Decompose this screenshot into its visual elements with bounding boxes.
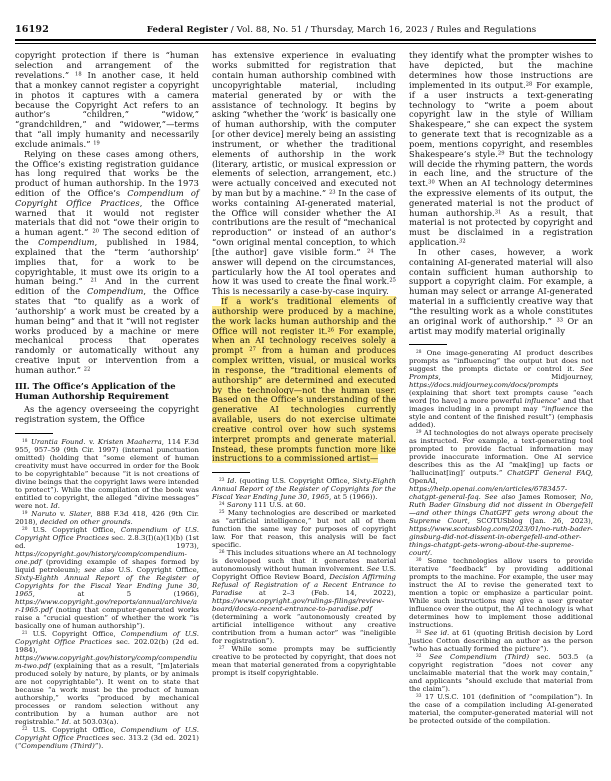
text-run: from a human and produces complex writte… <box>212 345 396 463</box>
text-run: In other cases, however, a work containi… <box>409 247 593 326</box>
paragraph: As the agency overseeing the copyright r… <box>15 405 199 425</box>
italic-text-run: Naruto <box>31 510 56 518</box>
federal-register-page: 16192 Federal Register / Vol. 88, No. 51… <box>0 0 611 781</box>
paragraph: they identify what the prompter wishes t… <box>409 51 593 248</box>
text-run: has extensive experience in evaluating w… <box>212 50 396 198</box>
italic-text-run: Id. <box>51 502 60 510</box>
text-run: v. <box>86 438 98 446</box>
text-run: In the case of works containing AI-gener… <box>212 188 396 257</box>
footnote-reference: 18 <box>75 71 82 77</box>
text-run: James Romoser, <box>515 493 580 501</box>
italic-text-run: See <box>367 565 380 573</box>
text-run: (determining a work “autonomously create… <box>212 613 396 645</box>
text-run: , the Office states that “to qualify as … <box>15 286 199 375</box>
footnote: 29 AI technologies do not always operate… <box>409 429 593 557</box>
italic-text-run: Compendium (Third) <box>21 742 95 750</box>
italic-text-run: Kristen Maaherra <box>98 438 162 446</box>
italic-text-run: Slater <box>69 510 90 518</box>
footnote-separator <box>212 472 250 473</box>
column-2: has extensive experience in evaluating w… <box>212 51 396 749</box>
text-run: As the agency overseeing the copyright r… <box>15 404 199 424</box>
footnote-reference: 23 <box>219 478 225 483</box>
italic-text-run: influence <box>545 405 578 413</box>
footnote: 25 Many technologies are described or ma… <box>212 509 396 549</box>
italic-text-run: Id. <box>62 718 71 726</box>
text-run: v. <box>56 510 69 518</box>
text-run: 17 U.S.C. 101 (definition of “compilatio… <box>409 693 593 725</box>
masthead-title: Federal Register <box>147 25 228 35</box>
highlight-mark: If a work’s traditional elements of auth… <box>212 296 396 463</box>
italic-text-run: See id. <box>424 629 449 637</box>
text-run: OpenAI, <box>409 477 438 485</box>
paragraph: has extensive experience in evaluating w… <box>212 51 396 297</box>
footnote: 21 U.S. Copyright Office, Compendium of … <box>15 630 199 726</box>
footnote: 22 U.S. Copyright Office, Compendium of … <box>15 726 199 750</box>
italic-text-run: Urantia Found. <box>31 438 86 446</box>
header-rule-thin <box>15 43 596 44</box>
text-run: , 114 F.3d 955, 957–59 (9th Cir. 1997) (… <box>15 438 199 510</box>
footnote-reference: 24 <box>219 502 225 507</box>
footnote: 20 U.S. Copyright Office, Compendium of … <box>15 526 199 630</box>
text-run: While some prompts may be sufficiently c… <box>212 645 396 677</box>
italic-text-run: decided on other grounds. <box>40 518 133 526</box>
masthead-issue-info: / Vol. 88, No. 51 / Thursday, March 16, … <box>228 25 536 35</box>
paragraph: copyright protection if there is “human … <box>15 51 199 149</box>
italic-text-run: See Compendium (Third) <box>429 653 529 661</box>
footnote: 26 This includes situations where an AI … <box>212 549 396 645</box>
text-run: This is necessarily a case-by-case inqui… <box>212 286 389 296</box>
italic-text-run: see also <box>84 566 114 574</box>
text-run: In another case, it held that a monkey c… <box>15 70 199 149</box>
footnote-reference: 24 <box>367 248 374 254</box>
footnote: 28 One image-generating AI product descr… <box>409 349 593 429</box>
highlighted-paragraph: If a work’s traditional elements of auth… <box>212 297 396 464</box>
italic-text-run: https://www.scotusblog.com/2023/01/no-ru… <box>409 525 593 557</box>
footnote-reference: 18 <box>22 438 28 443</box>
text-run: U.S. Copyright Office, <box>28 526 121 534</box>
italic-text-run: https://www.copyright.gov/rulings-filing… <box>212 597 384 613</box>
italic-text-run: Compendium <box>87 286 143 296</box>
footnote: 18 Urantia Found. v. Kristen Maaherra, 1… <box>15 438 199 510</box>
text-run: U.S. Copyright Office, <box>114 566 199 574</box>
text-columns: copyright protection if there is “human … <box>15 51 596 749</box>
italic-text-run: Sarony <box>227 501 252 509</box>
text-run: (explaining that as a result, “[m]ateria… <box>15 662 199 726</box>
text-run: U.S. Copyright Office, <box>28 630 121 638</box>
paragraph: In other cases, however, a work containi… <box>409 248 593 336</box>
text-run: 111 U.S. at 60. <box>252 501 306 509</box>
footnotes: 18 Urantia Found. v. Kristen Maaherra, 1… <box>15 438 199 750</box>
footnote: 30 Some technologies allow users to prov… <box>409 557 593 629</box>
section-heading: III. The Office’s Application of the Hum… <box>15 381 199 401</box>
footnote: 24 Sarony 111 U.S. at 60. <box>212 501 396 509</box>
footnote-reference: 25 <box>389 278 396 284</box>
text-run: Some technologies allow users to provide… <box>409 557 593 629</box>
page-header: 16192 Federal Register / Vol. 88, No. 51… <box>15 24 596 35</box>
footnote-reference: 19 <box>22 510 28 515</box>
text-run: SCOTUSblog (Jan. 26, 2023), <box>470 517 593 525</box>
footnote-reference: 27 <box>249 347 256 353</box>
footnote: 33 17 U.S.C. 101 (definition of “compila… <box>409 693 593 725</box>
footnotes: 28 One image-generating AI product descr… <box>409 349 593 725</box>
text-run: Many technologies are described or marke… <box>212 509 396 549</box>
footnote-reference: 32 <box>416 654 422 659</box>
paragraph: Relying on these cases among others, the… <box>15 150 199 376</box>
header-rule-thick <box>15 39 596 41</box>
footnote-reference: 32 <box>459 239 466 245</box>
text-run: at 2–3 (Feb. 14, 2022), <box>242 589 396 597</box>
text-run: For example, if a user instructs a text-… <box>409 80 593 159</box>
italic-text-run: ChatGPT General FAQ, <box>507 469 593 477</box>
footnote-reference: 23 <box>329 189 336 195</box>
footnote-reference: 22 <box>84 366 91 372</box>
footnote: 19 Naruto v. Slater, 888 F.3d 418, 426 (… <box>15 510 199 526</box>
footnote-reference: 31 <box>416 630 422 635</box>
footnote: 31 See id. at 61 (quoting British decisi… <box>409 629 593 653</box>
footnote: 23 Id. (quoting U.S. Copyright Office, S… <box>212 477 396 501</box>
footnote-separator <box>409 344 447 345</box>
column-1: copyright protection if there is “human … <box>15 51 199 749</box>
text-run: U.S. Copyright Office, <box>28 726 121 734</box>
text-run: at 503.03(a). <box>71 718 118 726</box>
italic-text-run: Compendium <box>38 237 94 247</box>
text-run: at 5 (1966)). <box>331 493 377 501</box>
text-run: One image-generating AI product describe… <box>409 349 593 373</box>
footnote-reference: 30 <box>428 180 435 186</box>
footnote-reference: 29 <box>498 150 505 156</box>
footnote: 27 While some prompts may be sufficientl… <box>212 645 396 677</box>
masthead: Federal Register / Vol. 88, No. 51 / Thu… <box>87 25 596 35</box>
text-run: (quoting U.S. Copyright Office, <box>237 477 353 485</box>
italic-text-run: Id. <box>227 477 236 485</box>
footnote-separator <box>15 433 53 434</box>
text-run: ”). <box>95 742 104 750</box>
text-run: at 5 (1966), <box>35 590 199 598</box>
italic-text-run: influence <box>525 397 558 405</box>
text-run: Midjourney, <box>441 373 593 381</box>
footnotes: 23 Id. (quoting U.S. Copyright Office, S… <box>212 477 396 677</box>
footnote-reference: 19 <box>93 140 100 146</box>
footnote: 32 See Compendium (Third) sec. 503.5 (a … <box>409 653 593 693</box>
column-3: they identify what the prompter wishes t… <box>409 51 593 749</box>
italic-text-run: https://docs.midjourney.com/docs/prompts <box>409 381 558 389</box>
page-number: 16192 <box>15 24 87 35</box>
